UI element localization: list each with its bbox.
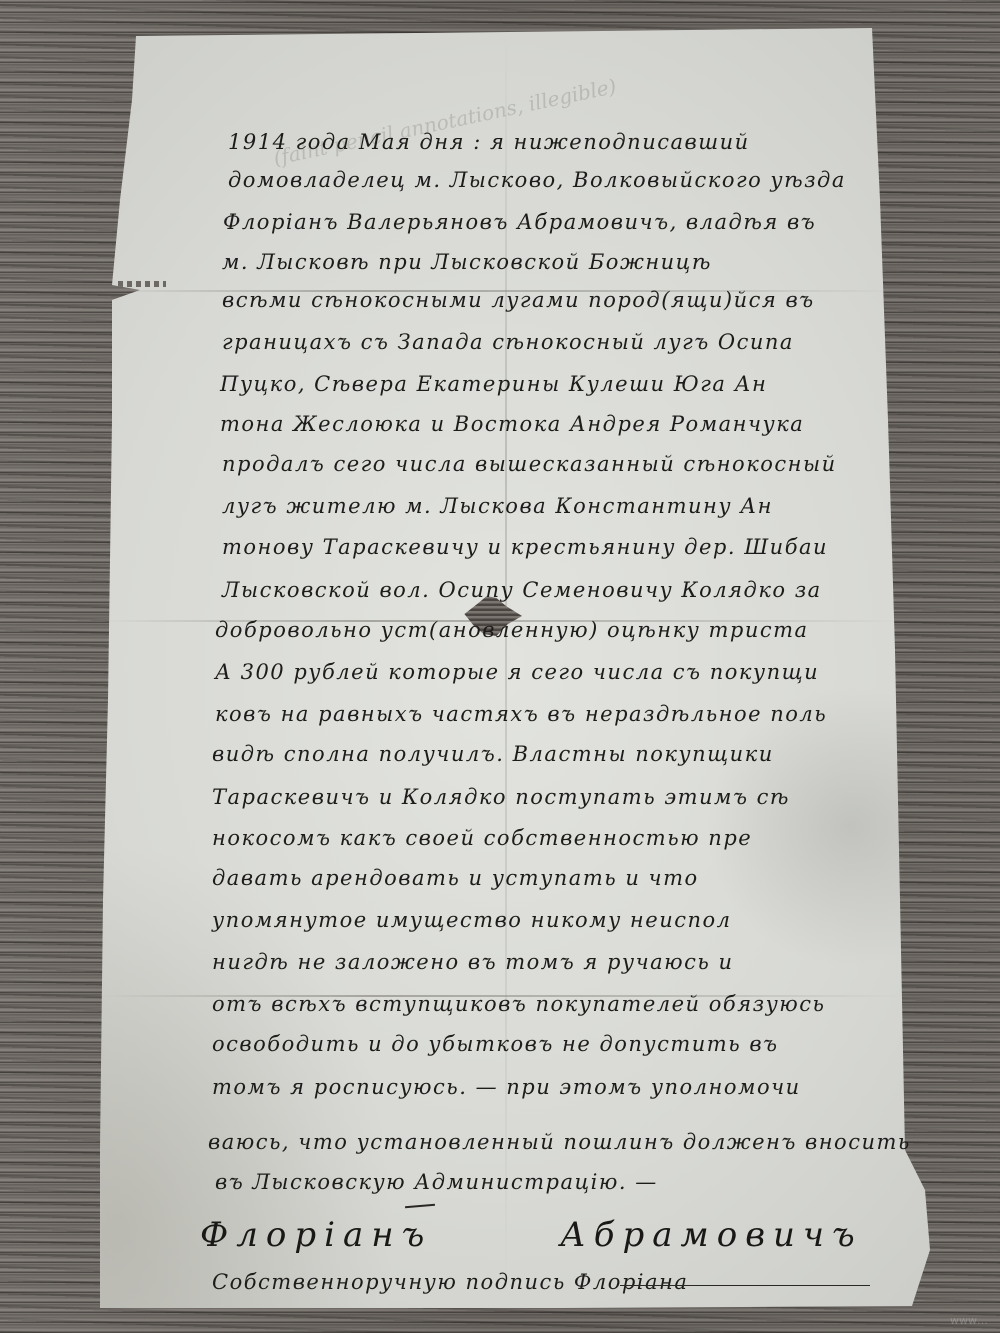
text-line: Флоріанъ Валерьяновъ Абрамовичъ, владѣя … xyxy=(223,210,816,234)
text-line: нигдѣ не заложено въ томъ я ручаюсь и xyxy=(212,950,734,974)
text-line: упомянутое имущество никому неиспол xyxy=(212,908,732,932)
text-line: 1914 года Мая дня : я нижеподписавший xyxy=(228,130,750,154)
text-line: м. Лысковѣ при Лысковской Божницѣ xyxy=(222,250,712,274)
text-line: ваюсь, что установленный пошлинъ долженъ… xyxy=(208,1130,911,1154)
text-line: Тараскевичъ и Колядко поступать этимъ сѣ xyxy=(212,785,790,809)
text-line: томъ я росписуюсь. — при этомъ уполномоч… xyxy=(212,1075,801,1099)
text-line: Лысковской вол. Осипу Семеновичу Колядко… xyxy=(222,578,822,602)
text-line: освободить и до убытковъ не допустить въ xyxy=(212,1032,779,1056)
text-line: тонову Тараскевичу и крестьянину дер. Ши… xyxy=(222,535,828,559)
watermark: www… xyxy=(950,1314,988,1327)
handwritten-text: 1914 года Мая дня : я нижеподписавший до… xyxy=(0,0,1000,1333)
signature-last-name: Абрамовичъ xyxy=(560,1215,863,1255)
text-line: добровольно уст(ановленную) оцѣнку трист… xyxy=(215,618,809,642)
text-line: всѣми сѣнокосными лугами пород(ящи)йся в… xyxy=(222,288,815,312)
text-line: границахъ съ Запада сѣнокосный лугъ Осип… xyxy=(222,330,794,354)
signature-attestation: Собственноручную подпись Флоріана xyxy=(212,1270,688,1294)
text-line: ковъ на равныхъ частяхъ въ нераздѣльное … xyxy=(215,702,827,726)
text-line: домовладелец м. Лысково, Волковыйского у… xyxy=(228,168,846,192)
text-line: А 300 рублей которые я сего числа съ пок… xyxy=(215,660,819,684)
signature-first-name: Флоріанъ xyxy=(200,1215,432,1255)
text-line: давать арендовать и уступать и что xyxy=(212,866,699,890)
text-line: видѣ сполна получилъ. Властны покупщики xyxy=(212,742,774,766)
text-line: Пуцко, Сѣвера Екатерины Кулеши Юга Ан xyxy=(220,372,767,396)
text-line: нокосомъ какъ своей собственностью пре xyxy=(212,826,752,850)
text-line: въ Лысковскую Администрацію. — xyxy=(215,1170,658,1194)
attestation-underline xyxy=(620,1285,870,1286)
text-line: тона Жеслоюка и Востока Андрея Романчука xyxy=(220,412,804,436)
text-line: лугъ жителю м. Лыскова Константину Ан xyxy=(222,494,773,518)
text-line: продалъ сего числа вышесказанный сѣнокос… xyxy=(222,452,837,476)
signature-flourish xyxy=(405,1204,435,1209)
text-line: отъ всѣхъ вступщиковъ покупателей обязую… xyxy=(212,992,825,1016)
